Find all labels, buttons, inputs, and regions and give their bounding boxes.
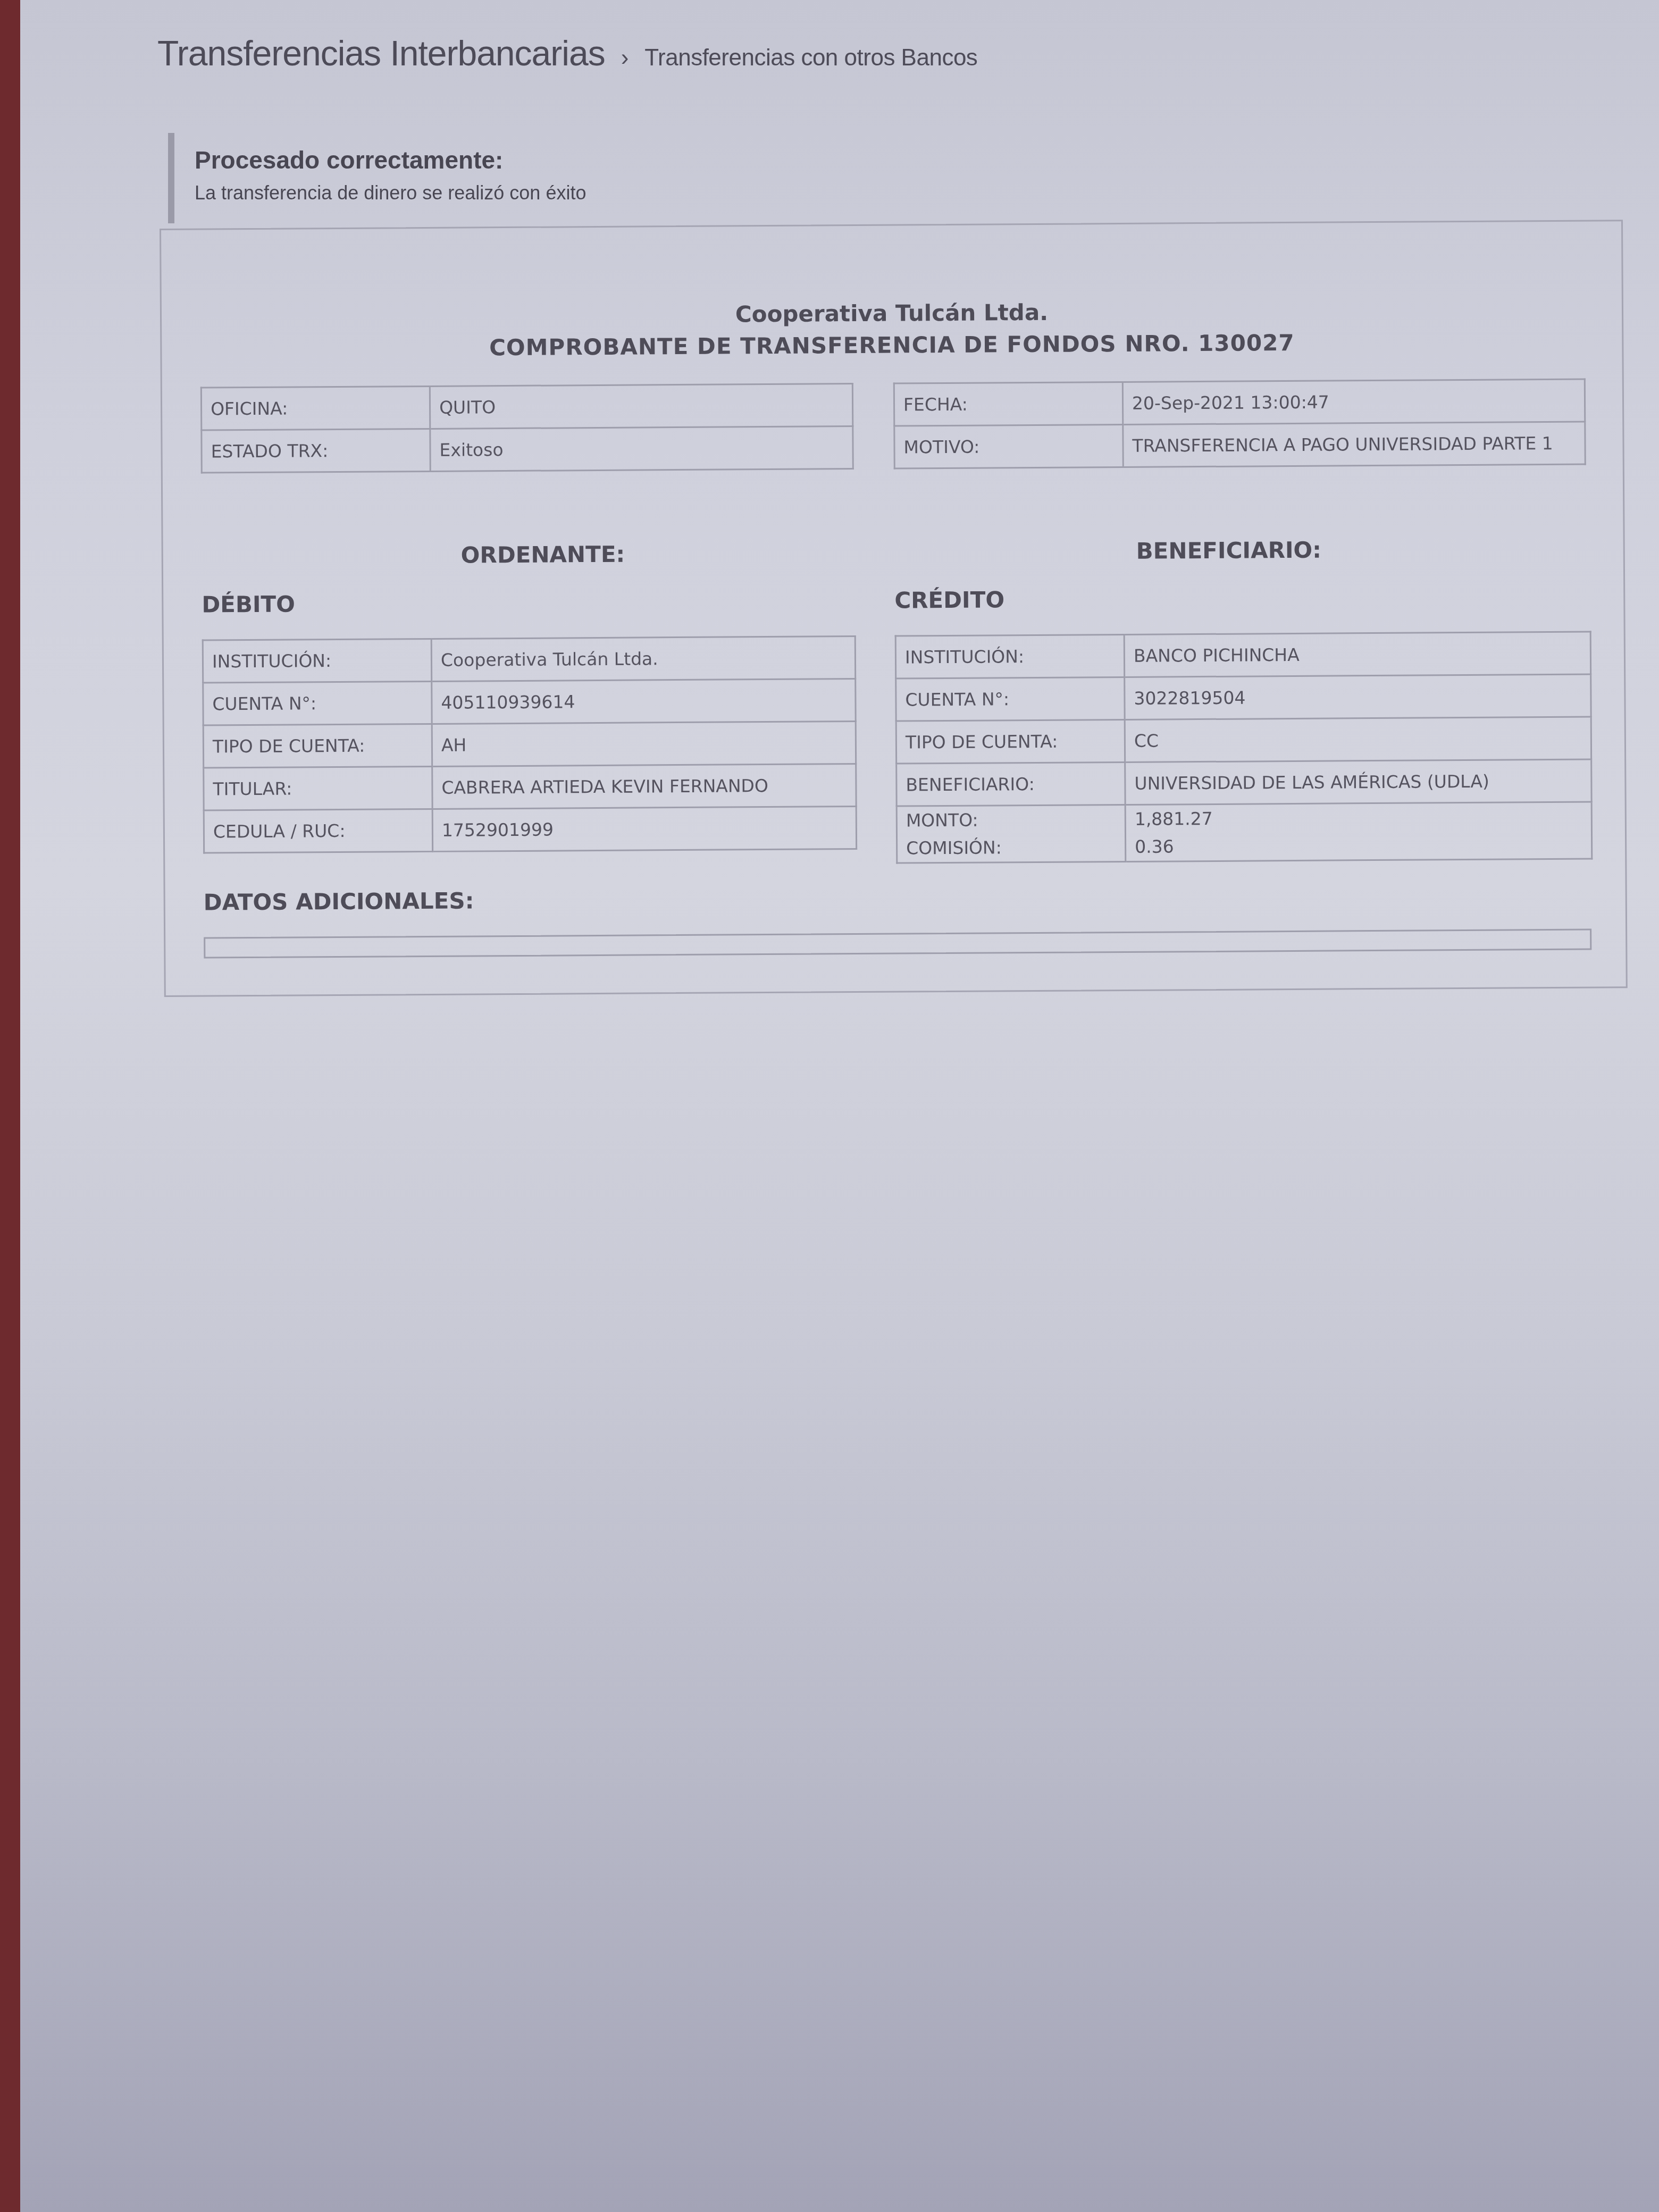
alert-message: La transferencia de dinero se realizó co… [195, 182, 966, 204]
field-label: CEDULA / RUC: [204, 809, 432, 853]
debito-heading: DÉBITO [202, 591, 295, 617]
monto-value: 1,881.27 [1135, 803, 1582, 833]
receipt-title: COMPROBANTE DE TRANSFERENCIA DE FONDOS N… [162, 328, 1622, 363]
table-row: MONTO: COMISIÓN: 1,881.27 0.36 [896, 802, 1592, 863]
field-label: MOTIVO: [894, 424, 1123, 468]
table-row: TITULAR: CABRERA ARTIEDA KEVIN FERNANDO [204, 764, 856, 810]
field-label: TIPO DE CUENTA: [203, 724, 432, 768]
field-value: 405110939614 [432, 679, 856, 724]
field-value: 20-Sep-2021 13:00:47 [1122, 379, 1585, 424]
amount-labels: MONTO: COMISIÓN: [896, 805, 1126, 863]
datos-adicionales-heading: DATOS ADICIONALES: [204, 887, 474, 915]
field-label: TIPO DE CUENTA: [896, 719, 1125, 764]
table-row: MOTIVO: TRANSFERENCIA A PAGO UNIVERSIDAD… [894, 422, 1585, 468]
field-value: Cooperativa Tulcán Ltda. [431, 636, 855, 682]
comision-label: COMISIÓN: [906, 833, 1116, 862]
header-right-table: FECHA: 20-Sep-2021 13:00:47 MOTIVO: TRAN… [893, 379, 1586, 470]
field-value: TRANSFERENCIA A PAGO UNIVERSIDAD PARTE 1 [1123, 422, 1585, 467]
success-alert: Procesado correctamente: La transferenci… [168, 133, 966, 223]
field-value: UNIVERSIDAD DE LAS AMÉRICAS (UDLA) [1125, 759, 1591, 805]
ordenante-heading: ORDENANTE: [461, 541, 625, 568]
field-label: CUENTA N°: [896, 677, 1125, 721]
debit-table: INSTITUCIÓN: Cooperativa Tulcán Ltda. CU… [202, 635, 857, 854]
comision-value: 0.36 [1135, 831, 1582, 861]
field-label: OFICINA: [201, 386, 430, 430]
field-label: FECHA: [894, 382, 1122, 426]
header-left-table: OFICINA: QUITO ESTADO TRX: Exitoso [200, 383, 854, 473]
datos-adicionales-box [204, 929, 1591, 959]
field-value: Exitoso [430, 426, 853, 472]
table-row: ESTADO TRX: Exitoso [202, 426, 853, 473]
table-row: CUENTA N°: 405110939614 [203, 679, 856, 725]
chevron-right-icon: › [621, 45, 629, 71]
field-label: ESTADO TRX: [202, 429, 430, 473]
table-row: CUENTA N°: 3022819504 [896, 674, 1591, 721]
field-value: CC [1125, 717, 1591, 762]
alert-title: Procesado correctamente: [195, 146, 966, 174]
table-row: TIPO DE CUENTA: CC [896, 717, 1591, 764]
breadcrumb-page: Transferencias con otros Bancos [644, 45, 977, 71]
field-label: TITULAR: [204, 766, 432, 810]
table-row: FECHA: 20-Sep-2021 13:00:47 [894, 379, 1585, 426]
field-label: INSTITUCIÓN: [895, 634, 1124, 678]
field-value: AH [432, 722, 856, 767]
credito-heading: CRÉDITO [894, 586, 1004, 613]
table-row: INSTITUCIÓN: Cooperativa Tulcán Ltda. [203, 636, 855, 683]
receipt-institution: Cooperativa Tulcán Ltda. [162, 296, 1622, 331]
field-value: QUITO [430, 384, 852, 429]
monto-label: MONTO: [906, 806, 1116, 834]
field-value: BANCO PICHINCHA [1124, 632, 1590, 677]
field-value: CABRERA ARTIEDA KEVIN FERNANDO [432, 764, 856, 809]
field-label: INSTITUCIÓN: [203, 639, 431, 683]
table-row: TIPO DE CUENTA: AH [203, 722, 856, 768]
field-value: 3022819504 [1125, 674, 1591, 719]
field-label: BENEFICIARIO: [896, 762, 1125, 806]
breadcrumb-section[interactable]: Transferencias Interbancarias [157, 33, 605, 73]
field-label: CUENTA N°: [203, 681, 432, 725]
printed-page: Transferencias Interbancarias › Transfer… [20, 0, 1659, 2212]
beneficiario-heading: BENEFICIARIO: [1136, 537, 1322, 564]
table-row: INSTITUCIÓN: BANCO PICHINCHA [895, 632, 1590, 678]
breadcrumb: Transferencias Interbancarias › Transfer… [157, 33, 977, 73]
table-row: BENEFICIARIO: UNIVERSIDAD DE LAS AMÉRICA… [896, 759, 1591, 806]
transfer-receipt: Cooperativa Tulcán Ltda. COMPROBANTE DE … [160, 220, 1628, 997]
table-row: OFICINA: QUITO [201, 384, 852, 430]
amount-values: 1,881.27 0.36 [1125, 802, 1592, 861]
table-row: CEDULA / RUC: 1752901999 [204, 807, 856, 853]
field-value: 1752901999 [432, 807, 856, 852]
credit-table: INSTITUCIÓN: BANCO PICHINCHA CUENTA N°: … [895, 631, 1593, 864]
